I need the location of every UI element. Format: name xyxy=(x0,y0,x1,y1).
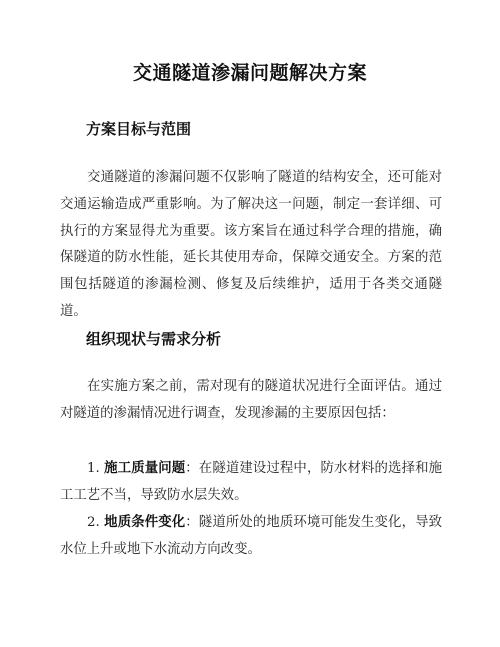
section-heading-analysis: 组织现状与需求分析 xyxy=(86,328,221,349)
section-paragraph-goals: 交通隧道的渗漏问题不仅影响了隧道的结构安全，还可能对交通运输造成严重影响。为了解… xyxy=(60,165,442,326)
list-item-number: 2. xyxy=(87,515,100,530)
document-page: 交通隧道渗漏问题解决方案 方案目标与范围 交通隧道的渗漏问题不仅影响了隧道的结构… xyxy=(0,0,500,647)
section-heading-goals: 方案目标与范围 xyxy=(86,118,191,139)
list-item-label: 施工质量问题 xyxy=(104,460,185,476)
list-item-label: 地质条件变化 xyxy=(104,514,185,530)
list-item: 2. 地质条件变化：隧道所处的地质环境可能发生变化，导致水位上升或地下水流动方向… xyxy=(60,509,442,564)
document-title: 交通隧道渗漏问题解决方案 xyxy=(0,58,500,85)
list-item-number: 1. xyxy=(87,461,100,476)
section-paragraph-analysis: 在实施方案之前，需对现有的隧道状况进行全面评估。通过对隧道的渗漏情况进行调查，发… xyxy=(60,374,442,428)
list-item: 1. 施工质量问题：在隧道建设过程中，防水材料的选择和施工工艺不当，导致防水层失… xyxy=(60,455,442,510)
